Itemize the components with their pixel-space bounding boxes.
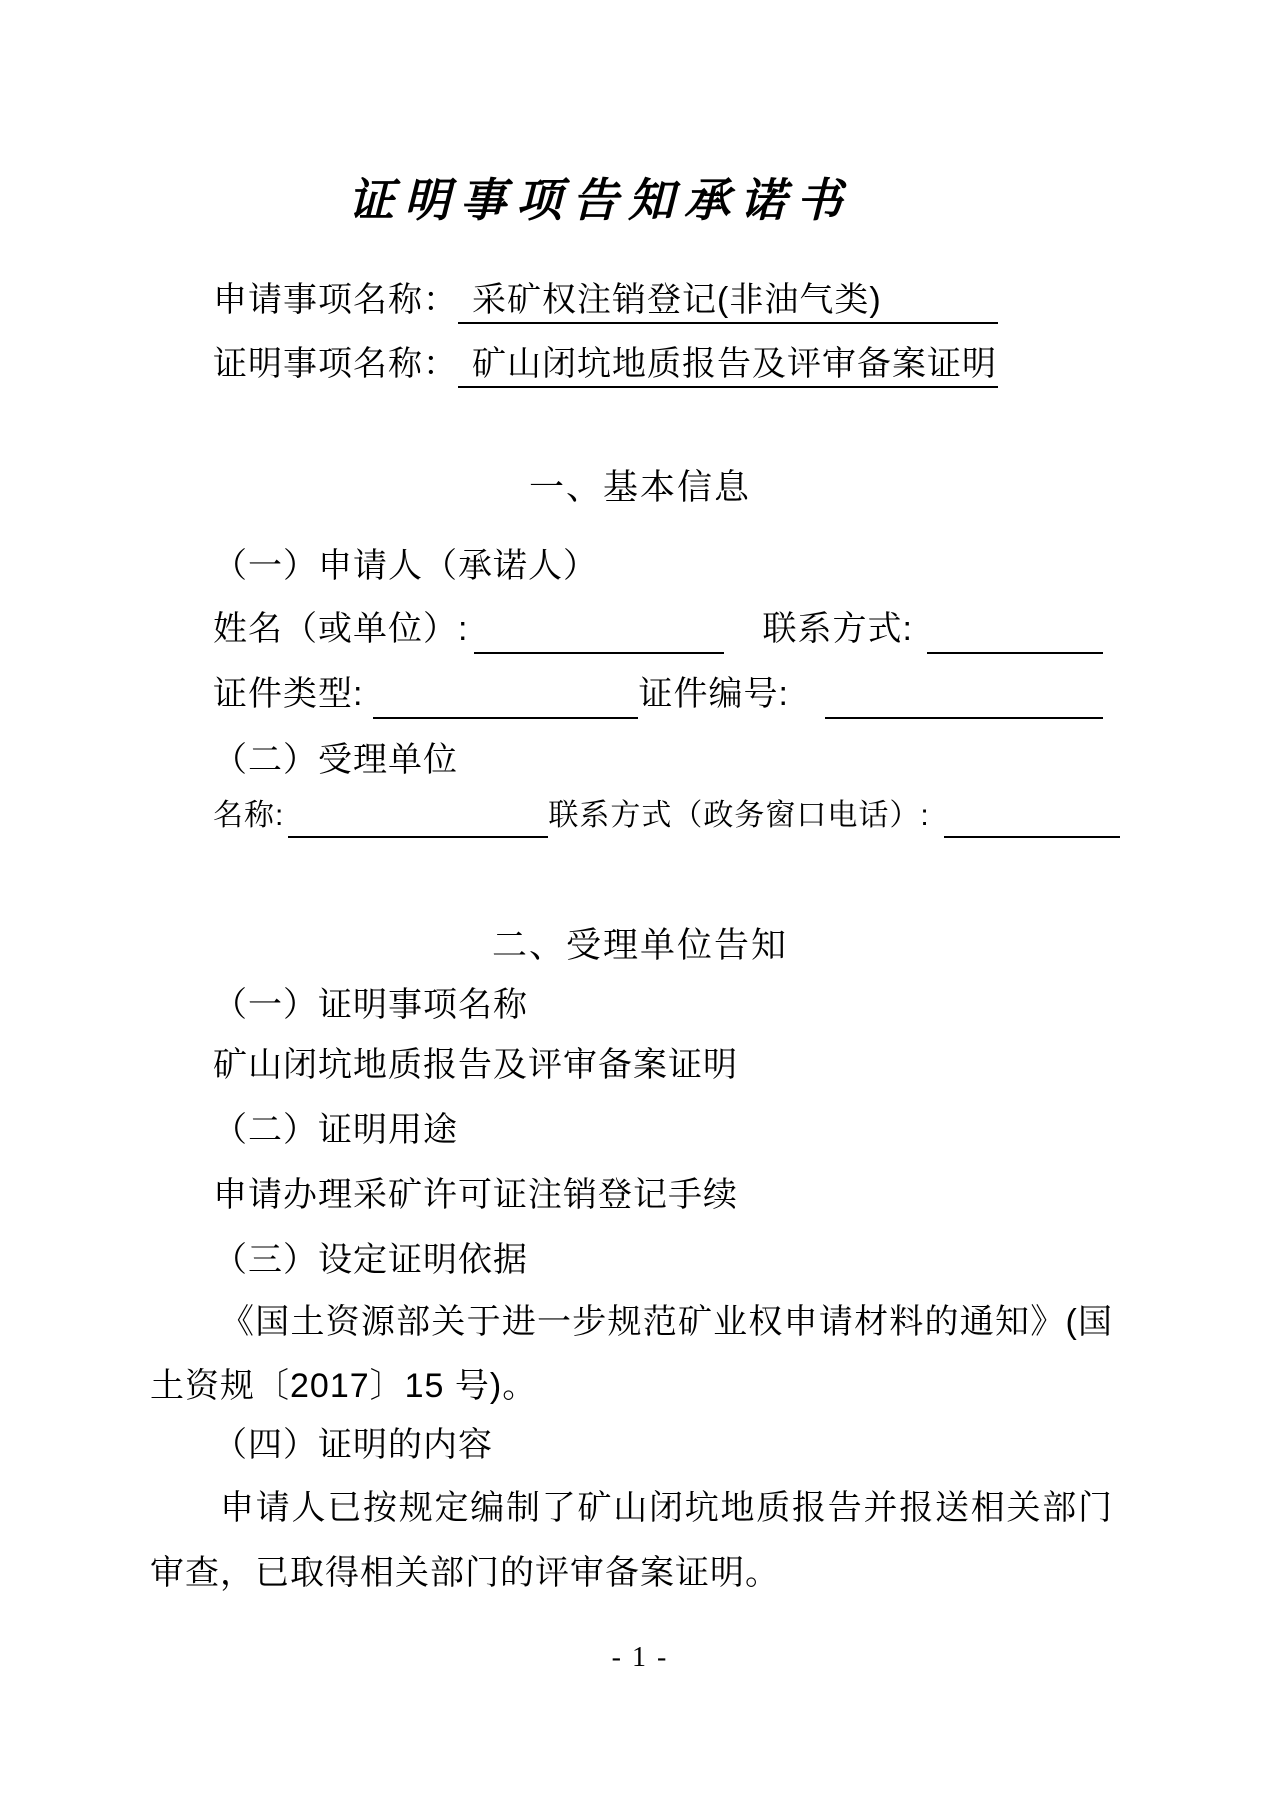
unit-name-contact-row: 名称:联系方式（政务窗口电话）: <box>150 794 1130 838</box>
contact-blank <box>927 608 1103 654</box>
notice-item3-heading: （三）设定证明依据 <box>150 1234 1130 1286</box>
name-label: 姓名（或单位）: <box>213 610 468 648</box>
notice-item3-text: 《国土资源部关于进一步规范矿业权申请材料的通知》(国土资规〔2017〕15 号)… <box>150 1290 1113 1418</box>
accepting-unit-subheading: （二）受理单位 <box>150 734 1130 786</box>
notice-item2-heading: （二）证明用途 <box>150 1104 1130 1156</box>
id-number-blank <box>825 673 1103 719</box>
id-type-blank <box>373 673 638 719</box>
id-row: 证件类型:证件编号: <box>150 669 1130 719</box>
notice-item4-text: 申请人已按规定编制了矿山闭坑地质报告并报送相关部门审查，已取得相关部门的评审备案… <box>150 1476 1113 1606</box>
page-number: - 1 - <box>150 1640 1130 1676</box>
notice-item1-text: 矿山闭坑地质报告及评审备案证明 <box>150 1039 1130 1091</box>
section-basic-info-heading: 一、基本信息 <box>150 462 1130 514</box>
unit-name-blank <box>288 798 548 838</box>
name-blank <box>474 608 724 654</box>
cert-item-row: 证明事项名称：矿山闭坑地质报告及评审备案证明 <box>150 340 1130 388</box>
name-contact-row: 姓名（或单位）:联系方式: <box>150 604 1130 654</box>
document-title: 证明事项告知承诺书 <box>150 170 1050 230</box>
unit-contact-blank <box>944 798 1120 838</box>
apply-item-value-blank: 采矿权注销登记(非油气类) <box>458 278 998 324</box>
contact-label: 联系方式: <box>762 610 912 648</box>
cert-item-label: 证明事项名称： <box>213 345 458 383</box>
section-notice-heading: 二、受理单位告知 <box>150 920 1130 972</box>
id-number-label: 证件编号: <box>638 675 788 713</box>
unit-contact-label: 联系方式（政务窗口电话）: <box>548 799 929 832</box>
notice-item4-heading: （四）证明的内容 <box>150 1419 1130 1471</box>
notice-item1-heading: （一）证明事项名称 <box>150 979 1130 1031</box>
apply-item-label: 申请事项名称： <box>213 281 458 319</box>
notice-item2-text: 申请办理采矿许可证注销登记手续 <box>150 1169 1130 1221</box>
unit-name-label: 名称: <box>213 799 284 832</box>
document-page: 证明事项告知承诺书 申请事项名称：采矿权注销登记(非油气类) 证明事项名称：矿山… <box>0 0 1280 1810</box>
id-type-label: 证件类型: <box>213 675 363 713</box>
applicant-subheading: （一）申请人（承诺人） <box>150 540 1130 592</box>
cert-item-value-blank: 矿山闭坑地质报告及评审备案证明 <box>458 342 998 388</box>
apply-item-row: 申请事项名称：采矿权注销登记(非油气类) <box>150 276 1130 324</box>
